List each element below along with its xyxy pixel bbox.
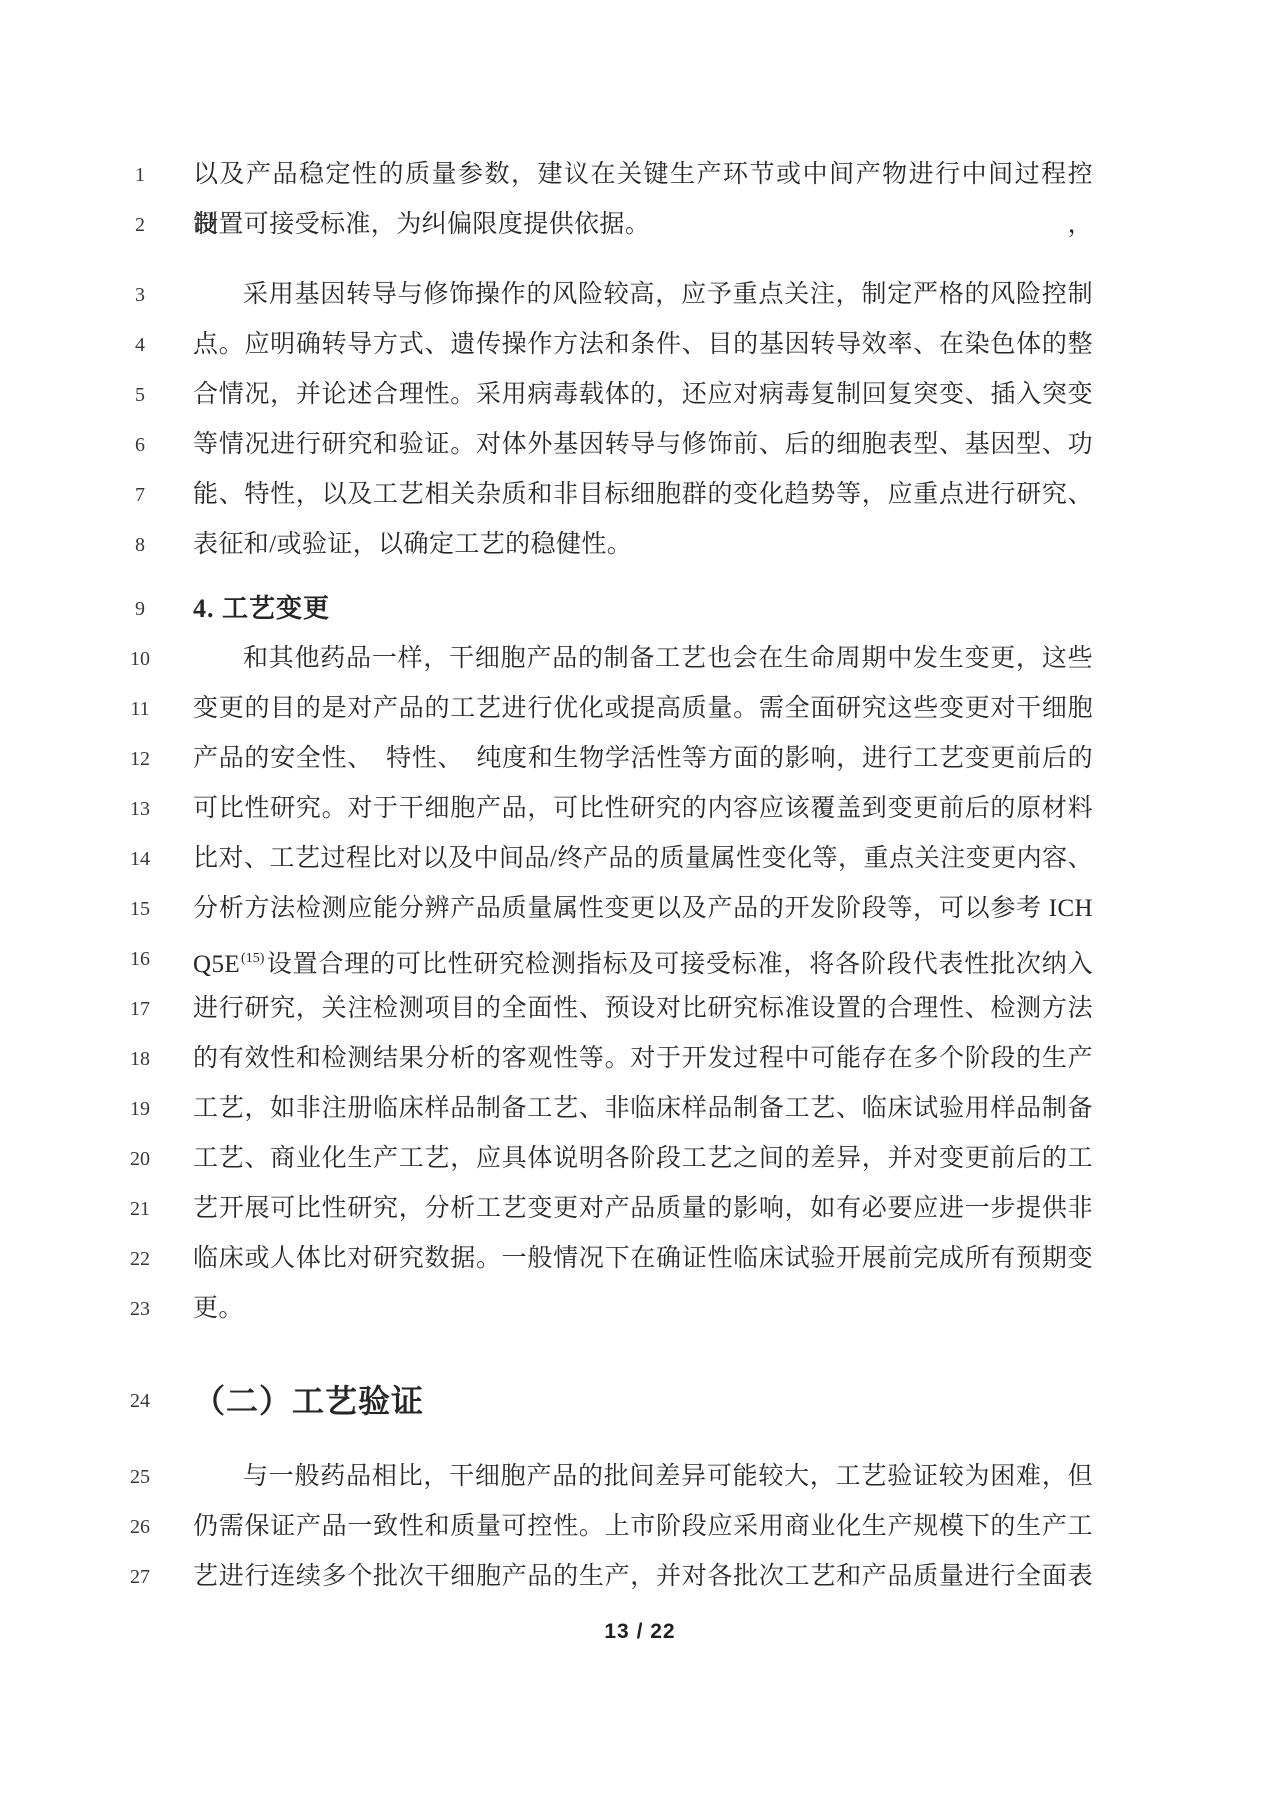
document-line: 22临床或人体比对研究数据。一般情况下在确证性临床试验开展前完成所有预期变 xyxy=(0,1234,1280,1284)
document-line: 17进行研究，关注检测项目的全面性、预设对比研究标准设置的合理性、检测方法 xyxy=(0,984,1280,1034)
line-number: 2 xyxy=(110,200,170,250)
document-line: 4点。应明确转导方式、遗传操作方法和条件、目的基因转导效率、在染色体的整 xyxy=(0,320,1280,370)
line-number: 19 xyxy=(110,1084,170,1134)
line-text: 等情况进行研究和验证。对体外基因转导与修饰前、后的细胞表型、基因型、功 xyxy=(193,420,1093,470)
line-number: 22 xyxy=(110,1234,170,1284)
document-line: 11变更的目的是对产品的工艺进行优化或提高质量。需全面研究这些变更对干细胞 xyxy=(0,684,1280,734)
line-number: 27 xyxy=(110,1552,170,1602)
line-number: 8 xyxy=(110,520,170,570)
line-text: 与一般药品相比，干细胞产品的批间差异可能较大，工艺验证较为困难，但 xyxy=(193,1452,1093,1502)
line-number: 12 xyxy=(110,734,170,784)
line-number: 26 xyxy=(110,1502,170,1552)
superscript-reference: (15) xyxy=(240,951,266,966)
document-line: 3采用基因转导与修饰操作的风险较高，应予重点关注，制定严格的风险控制 xyxy=(0,270,1280,320)
document-line: 10和其他药品一样，干细胞产品的制备工艺也会在生命周期中发生变更，这些 xyxy=(0,634,1280,684)
document-line: 2设置可接受标准，为纠偏限度提供依据。 xyxy=(0,200,1280,250)
line-text: 临床或人体比对研究数据。一般情况下在确证性临床试验开展前完成所有预期变 xyxy=(193,1234,1093,1284)
line-text: 进行研究，关注检测项目的全面性、预设对比研究标准设置的合理性、检测方法 xyxy=(193,984,1093,1034)
line-text: 仍需保证产品一致性和质量可控性。上市阶段应采用商业化生产规模下的生产工 xyxy=(193,1502,1093,1552)
document-line: 23更。 xyxy=(0,1284,1280,1334)
line-number: 10 xyxy=(110,634,170,684)
page-number: 13 / 22 xyxy=(604,1620,675,1643)
line-text: 表征和/或验证，以确定工艺的稳健性。 xyxy=(193,520,1093,570)
document-content: 1以及产品稳定性的质量参数，建议在关键生产环节或中间产物进行中间过程控制，2设置… xyxy=(0,0,1280,1644)
line-number: 1 xyxy=(110,150,170,200)
line-number: 3 xyxy=(110,270,170,320)
document-line: 1以及产品稳定性的质量参数，建议在关键生产环节或中间产物进行中间过程控制， xyxy=(0,150,1280,200)
line-number: 23 xyxy=(110,1284,170,1334)
line-number: 5 xyxy=(110,370,170,420)
line-text: 艺开展可比性研究，分析工艺变更对产品质量的影响，如有必要应进一步提供非 xyxy=(193,1184,1093,1234)
line-text: 可比性研究。对于干细胞产品，可比性研究的内容应该覆盖到变更前后的原材料 xyxy=(193,784,1093,834)
line-text: Q5E(15)设置合理的可比性研究检测指标及可接受标准，将各阶段代表性批次纳入 xyxy=(193,934,1093,984)
heading-text: （二）工艺验证 xyxy=(193,1370,1093,1432)
line-number: 11 xyxy=(110,684,170,734)
document-line: 21艺开展可比性研究，分析工艺变更对产品质量的影响，如有必要应进一步提供非 xyxy=(0,1184,1280,1234)
document-line: 16Q5E(15)设置合理的可比性研究检测指标及可接受标准，将各阶段代表性批次纳… xyxy=(0,934,1280,984)
line-text: 工艺，如非注册临床样品制备工艺、非临床样品制备工艺、临床试验用样品制备 xyxy=(193,1084,1093,1134)
line-text: 能、特性，以及工艺相关杂质和非目标细胞群的变化趋势等，应重点进行研究、 xyxy=(193,470,1093,520)
document-line: 8表征和/或验证，以确定工艺的稳健性。 xyxy=(0,520,1280,570)
line-number: 9 xyxy=(110,584,170,634)
line-number: 16 xyxy=(110,934,170,984)
document-line: 5合情况，并论述合理性。采用病毒载体的，还应对病毒复制回复突变、插入突变 xyxy=(0,370,1280,420)
line-number: 17 xyxy=(110,984,170,1034)
document-line: 19工艺，如非注册临床样品制备工艺、非临床样品制备工艺、临床试验用样品制备 xyxy=(0,1084,1280,1134)
document-line: 6等情况进行研究和验证。对体外基因转导与修饰前、后的细胞表型、基因型、功 xyxy=(0,420,1280,470)
document-line: 12产品的安全性、 特性、 纯度和生物学活性等方面的影响，进行工艺变更前后的 xyxy=(0,734,1280,784)
line-text: 变更的目的是对产品的工艺进行优化或提高质量。需全面研究这些变更对干细胞 xyxy=(193,684,1093,734)
section-heading-line: 24（二）工艺验证 xyxy=(0,1370,1280,1432)
line-number: 21 xyxy=(110,1184,170,1234)
line-text: 以及产品稳定性的质量参数，建议在关键生产环节或中间产物进行中间过程控制， xyxy=(193,150,1093,200)
line-number: 6 xyxy=(110,420,170,470)
line-number: 4 xyxy=(110,320,170,370)
document-line: 20工艺、商业化生产工艺，应具体说明各阶段工艺之间的差异，并对变更前后的工 xyxy=(0,1134,1280,1184)
document-line: 14比对、工艺过程比对以及中间品/终产品的质量属性变化等，重点关注变更内容、 xyxy=(0,834,1280,884)
line-number: 13 xyxy=(110,784,170,834)
line-text-continuation: 设置合理的可比性研究检测指标及可接受标准，将各阶段代表性批次纳入 xyxy=(266,951,1093,978)
section-heading-line: 94. 工艺变更 xyxy=(0,584,1280,634)
document-page: 1以及产品稳定性的质量参数，建议在关键生产环节或中间产物进行中间过程控制，2设置… xyxy=(0,0,1280,1810)
line-text: 设置可接受标准，为纠偏限度提供依据。 xyxy=(193,200,1093,250)
line-text: 工艺、商业化生产工艺，应具体说明各阶段工艺之间的差异，并对变更前后的工 xyxy=(193,1134,1093,1184)
document-line: 15分析方法检测应能分辨产品质量属性变更以及产品的开发阶段等，可以参考 ICH xyxy=(0,884,1280,934)
line-number: 7 xyxy=(110,470,170,520)
line-number: 18 xyxy=(110,1034,170,1084)
document-line: 7能、特性，以及工艺相关杂质和非目标细胞群的变化趋势等，应重点进行研究、 xyxy=(0,470,1280,520)
heading-text: 4. 工艺变更 xyxy=(193,584,1093,634)
line-number: 15 xyxy=(110,884,170,934)
document-lines-container: 1以及产品稳定性的质量参数，建议在关键生产环节或中间产物进行中间过程控制，2设置… xyxy=(0,150,1280,1602)
document-line: 27艺进行连续多个批次干细胞产品的生产，并对各批次工艺和产品质量进行全面表 xyxy=(0,1552,1280,1602)
document-line: 25与一般药品相比，干细胞产品的批间差异可能较大，工艺验证较为困难，但 xyxy=(0,1452,1280,1502)
line-number: 14 xyxy=(110,834,170,884)
citation-prefix-text: Q5E xyxy=(193,951,240,978)
line-text: 分析方法检测应能分辨产品质量属性变更以及产品的开发阶段等，可以参考 ICH xyxy=(193,884,1093,934)
page-footer: 13 / 22 xyxy=(0,1620,1280,1644)
line-text: 更。 xyxy=(193,1284,1093,1334)
line-number: 20 xyxy=(110,1134,170,1184)
line-number: 25 xyxy=(110,1452,170,1502)
document-line: 18的有效性和检测结果分析的客观性等。对于开发过程中可能存在多个阶段的生产 xyxy=(0,1034,1280,1084)
line-text: 采用基因转导与修饰操作的风险较高，应予重点关注，制定严格的风险控制 xyxy=(193,270,1093,320)
line-text: 艺进行连续多个批次干细胞产品的生产，并对各批次工艺和产品质量进行全面表 xyxy=(193,1552,1093,1602)
line-text: 比对、工艺过程比对以及中间品/终产品的质量属性变化等，重点关注变更内容、 xyxy=(193,834,1093,884)
line-number: 24 xyxy=(110,1370,170,1432)
line-text: 产品的安全性、 特性、 纯度和生物学活性等方面的影响，进行工艺变更前后的 xyxy=(193,734,1093,784)
line-text: 点。应明确转导方式、遗传操作方法和条件、目的基因转导效率、在染色体的整 xyxy=(193,320,1093,370)
line-text: 的有效性和检测结果分析的客观性等。对于开发过程中可能存在多个阶段的生产 xyxy=(193,1034,1093,1084)
line-text: 合情况，并论述合理性。采用病毒载体的，还应对病毒复制回复突变、插入突变 xyxy=(193,370,1093,420)
line-text: 和其他药品一样，干细胞产品的制备工艺也会在生命周期中发生变更，这些 xyxy=(193,634,1093,684)
document-line: 26仍需保证产品一致性和质量可控性。上市阶段应采用商业化生产规模下的生产工 xyxy=(0,1502,1280,1552)
document-line: 13可比性研究。对于干细胞产品，可比性研究的内容应该覆盖到变更前后的原材料 xyxy=(0,784,1280,834)
